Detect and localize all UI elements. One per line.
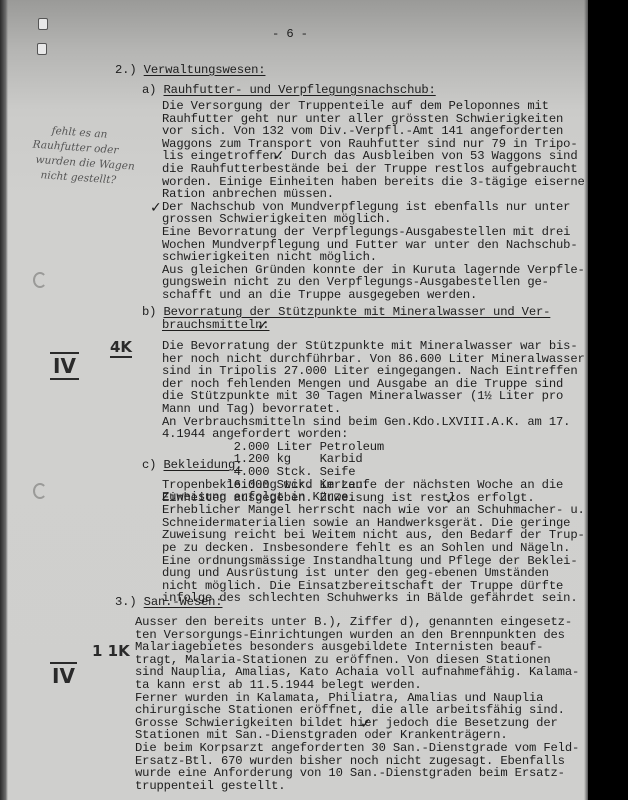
- roman-numeral-mark: IV: [50, 662, 77, 688]
- text-line: ta kann erst ab 11.5.1944 belegt werden.: [135, 679, 579, 692]
- text-line: infolge des schlechten Schuhwerks in Bäl…: [162, 592, 585, 605]
- page-number: - 6 -: [272, 28, 308, 41]
- section-number: 3.): [115, 595, 137, 609]
- check-mark-icon: ✓: [360, 716, 372, 732]
- section-2-heading: 2.) Verwaltungswesen:: [115, 64, 265, 77]
- subsection-c-heading: c) Bekleidung:: [142, 459, 242, 472]
- subsection-title: Bekleidung:: [164, 458, 243, 472]
- text-line: schwierigkeiten nicht möglich.: [162, 251, 585, 264]
- check-mark-icon: ✓: [150, 200, 162, 216]
- punch-hole-icon: [33, 272, 47, 288]
- handwritten-margin-note: fehlt es anRauhfutter oderwurden die Wag…: [26, 122, 137, 189]
- subsection-label: c): [142, 458, 156, 472]
- subsection-title: Bevorratung der Stützpunkte mit Mineralw…: [164, 305, 551, 319]
- text-line: vor sich. Von 132 vom Div.-Verpfl.-Amt 1…: [162, 125, 585, 138]
- text-line: truppenteil gestellt.: [135, 780, 579, 793]
- check-mark-icon: ✓: [445, 492, 457, 508]
- subsection-a-heading: a) Rauhfutter- und Verpflegungsnachschub…: [142, 84, 436, 97]
- subsection-a-body: Die Versorgung der Truppenteile auf dem …: [162, 100, 585, 302]
- text-line: Erheblicher Mangel herrscht nach wie vor…: [162, 504, 585, 517]
- text-line: Die Versorgung der Truppenteile auf dem …: [162, 100, 585, 113]
- handwritten-mark: 4K: [110, 338, 132, 358]
- text-line: Mann und Tag) bevorratet.: [162, 403, 585, 416]
- subsection-title-cont: brauchsmitteln:: [162, 319, 269, 332]
- roman-numeral-mark: IV: [50, 352, 79, 380]
- section-3-body: Ausser den bereits unter B.), Ziffer d),…: [135, 616, 579, 792]
- handwritten-mark: 1 1K: [92, 642, 130, 660]
- text-line: pe zu decken. Insbesondere fehlt es an S…: [162, 542, 585, 555]
- subsection-title: Rauhfutter- und Verpflegungsnachschub:: [164, 83, 436, 97]
- section-number: 2.): [115, 63, 137, 77]
- text-line: dung und Ausrüstung ist unter den geg-eb…: [162, 567, 585, 580]
- section-title: San.-Wesen:: [144, 595, 223, 609]
- subsection-c-body: Tropenbekleidung wird im Laufe der nächs…: [162, 479, 585, 605]
- text-line: Die beim Korpsarzt angeforderten 30 San.…: [135, 742, 579, 755]
- staple-icon: [38, 18, 48, 30]
- text-line: chirurgische Stationen eröffnet, die all…: [135, 704, 579, 717]
- section-title: Verwaltungswesen:: [144, 63, 266, 77]
- check-mark-icon: ✓: [257, 318, 269, 334]
- text-line: Eine Bevorratung der Verpflegungs-Ausgab…: [162, 226, 585, 239]
- punch-hole-icon: [33, 483, 47, 499]
- text-line: die Rauhfutterbestände bei der Truppe re…: [162, 163, 585, 176]
- text-line: Die Bevorratung der Stützpunkte mit Mine…: [162, 340, 585, 353]
- text-line: Ausser den bereits unter B.), Ziffer d),…: [135, 616, 579, 629]
- subsection-label: b): [142, 305, 156, 319]
- section-3-heading: 3.) San.-Wesen:: [115, 596, 222, 609]
- text-line: schafft und an die Truppe ausgegeben wer…: [162, 289, 585, 302]
- staple-icon: [37, 43, 47, 55]
- subsection-b-heading: b) Bevorratung der Stützpunkte mit Miner…: [142, 306, 550, 319]
- text-line: Malariagebietes besonders ausgebildete I…: [135, 641, 579, 654]
- text-line: wurde eine Anforderung von 10 San.-Diens…: [135, 767, 579, 780]
- document-page: - 6 - 2.) Verwaltungswesen: a) Rauhfutte…: [0, 0, 588, 800]
- text-line: sind in Tripolis 27.000 Liter eingegange…: [162, 365, 585, 378]
- subsection-label: a): [142, 83, 156, 97]
- text-line: Tropenbekleidung wird im Laufe der nächs…: [162, 479, 585, 492]
- text-line: 4.1944 angefordert worden:: [162, 428, 585, 441]
- text-line: Ration anbrechen müssen.: [162, 188, 585, 201]
- check-mark-icon: ✓: [273, 148, 285, 164]
